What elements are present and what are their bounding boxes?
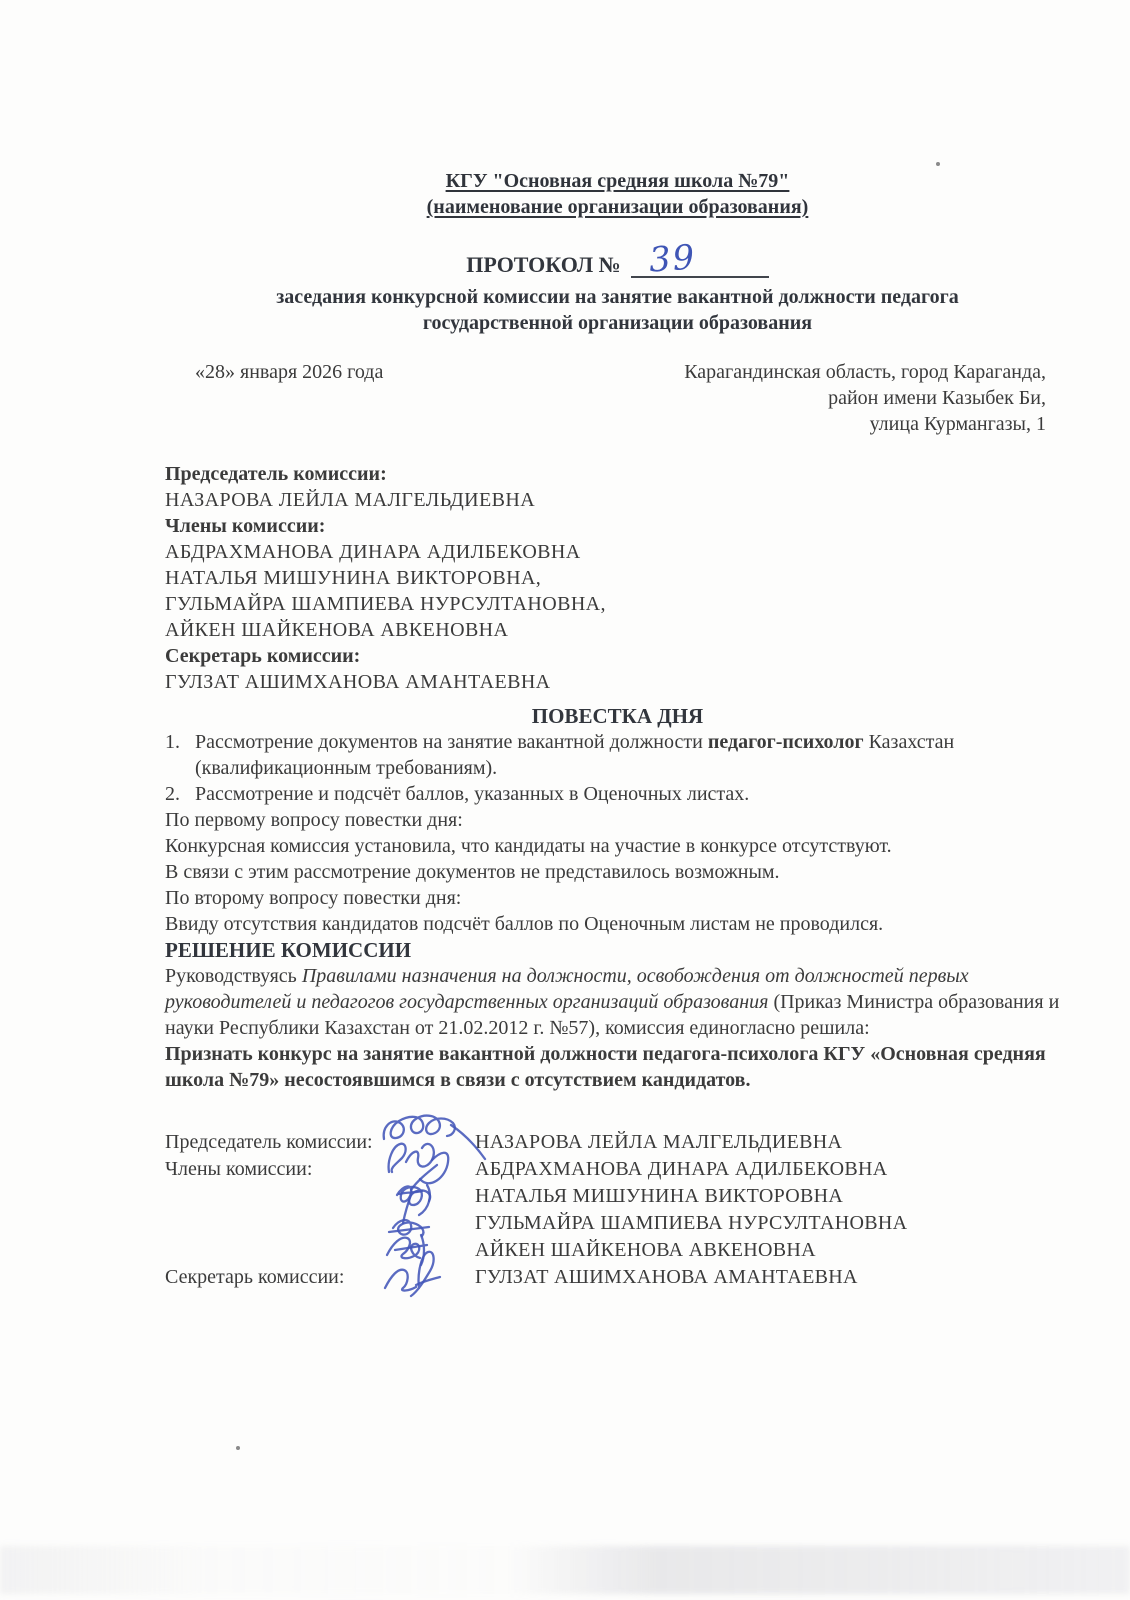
agenda-item-1-number: 1. — [165, 729, 195, 781]
meeting-date: «28» января 2026 года — [165, 359, 383, 437]
question-2-finding: Ввиду отсутствия кандидатов подсчёт балл… — [165, 911, 1070, 937]
document-body: КГУ "Основная средняя школа №79" (наимен… — [165, 168, 1070, 1283]
organization-name: КГУ "Основная средняя школа №79" — [165, 168, 1070, 194]
chairman-name: НАЗАРОВА ЛЕЙЛА МАЛГЕЛЬДИЕВНА — [165, 487, 1070, 513]
scan-speck — [236, 1446, 240, 1450]
location-line-3: улица Курмангазы, 1 — [684, 411, 1046, 437]
subtitle-line-2: государственной организации образования — [165, 310, 1070, 336]
question-1-finding-2: В связи с этим рассмотрение документов н… — [165, 859, 1070, 885]
member-name: НАТАЛЬЯ МИШУНИНА ВИКТОРОВНА, — [165, 565, 1070, 591]
signature-name: ГУЛЗАТ АШИМХАНОВА АМАНТАЕВНА — [475, 1264, 1070, 1291]
signature-label: Члены комиссии: — [165, 1156, 387, 1183]
decision-heading: РЕШЕНИЕ КОМИССИИ — [165, 937, 1070, 963]
agenda-heading: ПОВЕСТКА ДНЯ — [165, 703, 1070, 729]
question-2-label: По второму вопросу повестки дня: — [165, 885, 1070, 911]
signature-name: ГУЛЬМАЙРА ШАМПИЕВА НУРСУЛТАНОВНА — [475, 1210, 1070, 1237]
organization-caption: (наименование организации образования) — [165, 194, 1070, 220]
members-label: Члены комиссии: — [165, 513, 1070, 539]
member-name: АЙКЕН ШАЙКЕНОВА АВКЕНОВНА — [165, 617, 1070, 643]
agenda-item-1-text: Рассмотрение документов на занятие вакан… — [195, 729, 1070, 781]
question-1-finding-1: Конкурсная комиссия установила, что канд… — [165, 833, 1070, 859]
agenda-item-2-number: 2. — [165, 781, 195, 807]
signature-label: Секретарь комиссии: — [165, 1264, 387, 1291]
scan-artifact-band — [0, 1546, 1130, 1594]
meeting-location: Карагандинская область, город Караганда,… — [684, 359, 1070, 437]
commission-list: Председатель комиссии: НАЗАРОВА ЛЕЙЛА МА… — [165, 461, 1070, 695]
decision-paragraph: Руководствуясь Правилами назначения на д… — [165, 963, 1070, 1041]
agenda-item-1: 1. Рассмотрение документов на занятие ва… — [165, 729, 1070, 781]
member-name: АБДРАХМАНОВА ДИНАРА АДИЛБЕКОВНА — [165, 539, 1070, 565]
secretary-label: Секретарь комиссии: — [165, 643, 1070, 669]
subtitle-line-1: заседания конкурсной комиссии на занятие… — [165, 284, 1070, 310]
protocol-label: ПРОТОКОЛ № — [466, 252, 620, 278]
scanned-protocol-document: КГУ "Основная средняя школа №79" (наимен… — [0, 0, 1130, 1600]
protocol-number-handwritten: 39 — [648, 240, 698, 277]
signature-name: НАТАЛЬЯ МИШУНИНА ВИКТОРОВНА — [475, 1183, 1070, 1210]
secretary-name: ГУЛЗАТ АШИМХАНОВА АМАНТАЕВНА — [165, 669, 1070, 695]
signature-label: Председатель комиссии: — [165, 1129, 387, 1156]
scan-speck — [936, 162, 940, 166]
signature-name: НАЗАРОВА ЛЕЙЛА МАЛГЕЛЬДИЕВНА — [475, 1129, 1070, 1156]
document-subtitle: заседания конкурсной комиссии на занятие… — [165, 284, 1070, 336]
signature-icon — [387, 1256, 475, 1283]
agenda-section: 1. Рассмотрение документов на занятие ва… — [165, 729, 1070, 937]
date-location-row: «28» января 2026 года Карагандинская обл… — [165, 359, 1070, 437]
decision-resolution: Признать конкурс на занятие вакантной до… — [165, 1041, 1070, 1093]
member-name: ГУЛЬМАЙРА ШАМПИЕВА НУРСУЛТАНОВНА, — [165, 591, 1070, 617]
protocol-number-underline: 39 — [631, 240, 769, 278]
location-line-1: Карагандинская область, город Караганда, — [684, 359, 1046, 385]
protocol-title-line: ПРОТОКОЛ № 39 — [165, 240, 1070, 278]
question-1-label: По первому вопросу повестки дня: — [165, 807, 1070, 833]
signature-block: Председатель комиссии: НАЗАРОВА ЛЕЙЛА МА… — [165, 1121, 1070, 1283]
agenda-item-2-text: Рассмотрение и подсчёт баллов, указанных… — [195, 781, 1070, 807]
signature-name: АЙКЕН ШАЙКЕНОВА АВКЕНОВНА — [475, 1237, 1070, 1264]
signature-name: АБДРАХМАНОВА ДИНАРА АДИЛБЕКОВНА — [475, 1156, 1070, 1183]
location-line-2: район имени Казыбек Би, — [684, 385, 1046, 411]
agenda-item-1-bold: педагог-психолог — [708, 731, 864, 753]
chairman-label: Председатель комиссии: — [165, 461, 1070, 487]
signature-row-chairman: Председатель комиссии: НАЗАРОВА ЛЕЙЛА МА… — [165, 1121, 1070, 1148]
agenda-item-2: 2. Рассмотрение и подсчёт баллов, указан… — [165, 781, 1070, 807]
